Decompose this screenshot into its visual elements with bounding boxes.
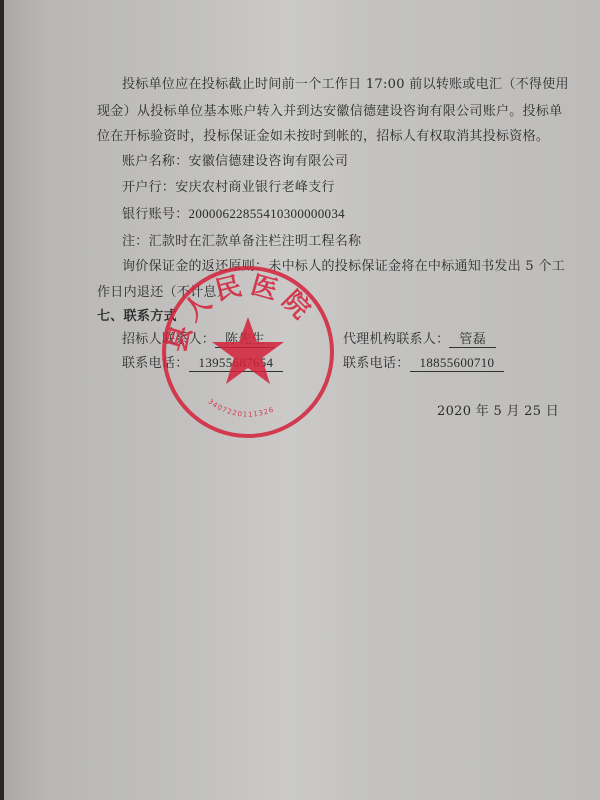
svg-text:3407220111326: 3407220111326	[206, 398, 275, 419]
account-number-label: 银行账号：	[122, 207, 189, 222]
paragraph1-line3: 位在开标验资时，投标保证金如未按时到帐的，招标人有权取消其投标资格。	[97, 125, 549, 144]
official-seal-icon: 县人民医院 3407220111326	[158, 262, 338, 442]
agent-contact-value: 管磊	[449, 328, 496, 348]
document-date: 2020 年 5 月 25 日	[437, 400, 559, 419]
account-bank-value: 安庆农村商业银行老峰支行	[175, 180, 335, 195]
agent-contact-label: 代理机构联系人：	[343, 332, 449, 347]
agent-contact: 代理机构联系人：管磊	[343, 328, 496, 348]
account-number: 银行账号：20000622855410300000034	[122, 203, 345, 222]
account-bank: 开户行：安庆农村商业银行老峰支行	[122, 176, 335, 195]
account-name-value: 安徽信德建设咨询有限公司	[189, 154, 349, 169]
paragraph1-line2: 现金）从投标单位基本账户转入并到达安徽信德建设咨询有限公司账户。投标单	[97, 100, 563, 119]
account-name-label: 账户名称：	[122, 154, 189, 169]
agent-phone-value: 18855600710	[410, 355, 505, 372]
agent-phone: 联系电话：18855600710	[343, 352, 504, 372]
account-bank-label: 开户行：	[122, 180, 175, 195]
account-name: 账户名称：安徽信德建设咨询有限公司	[122, 150, 348, 169]
paragraph1-line1: 投标单位应在投标截止时间前一个工作日 17:00 前以转账或电汇（不得使用	[122, 73, 569, 92]
seal-code: 3407220111326	[206, 398, 275, 419]
account-number-value: 20000622855410300000034	[189, 206, 345, 221]
account-note: 注：汇款时在汇款单备注栏注明工程名称	[122, 230, 361, 249]
agent-phone-label: 联系电话：	[343, 356, 410, 371]
photo-edge	[0, 0, 4, 800]
